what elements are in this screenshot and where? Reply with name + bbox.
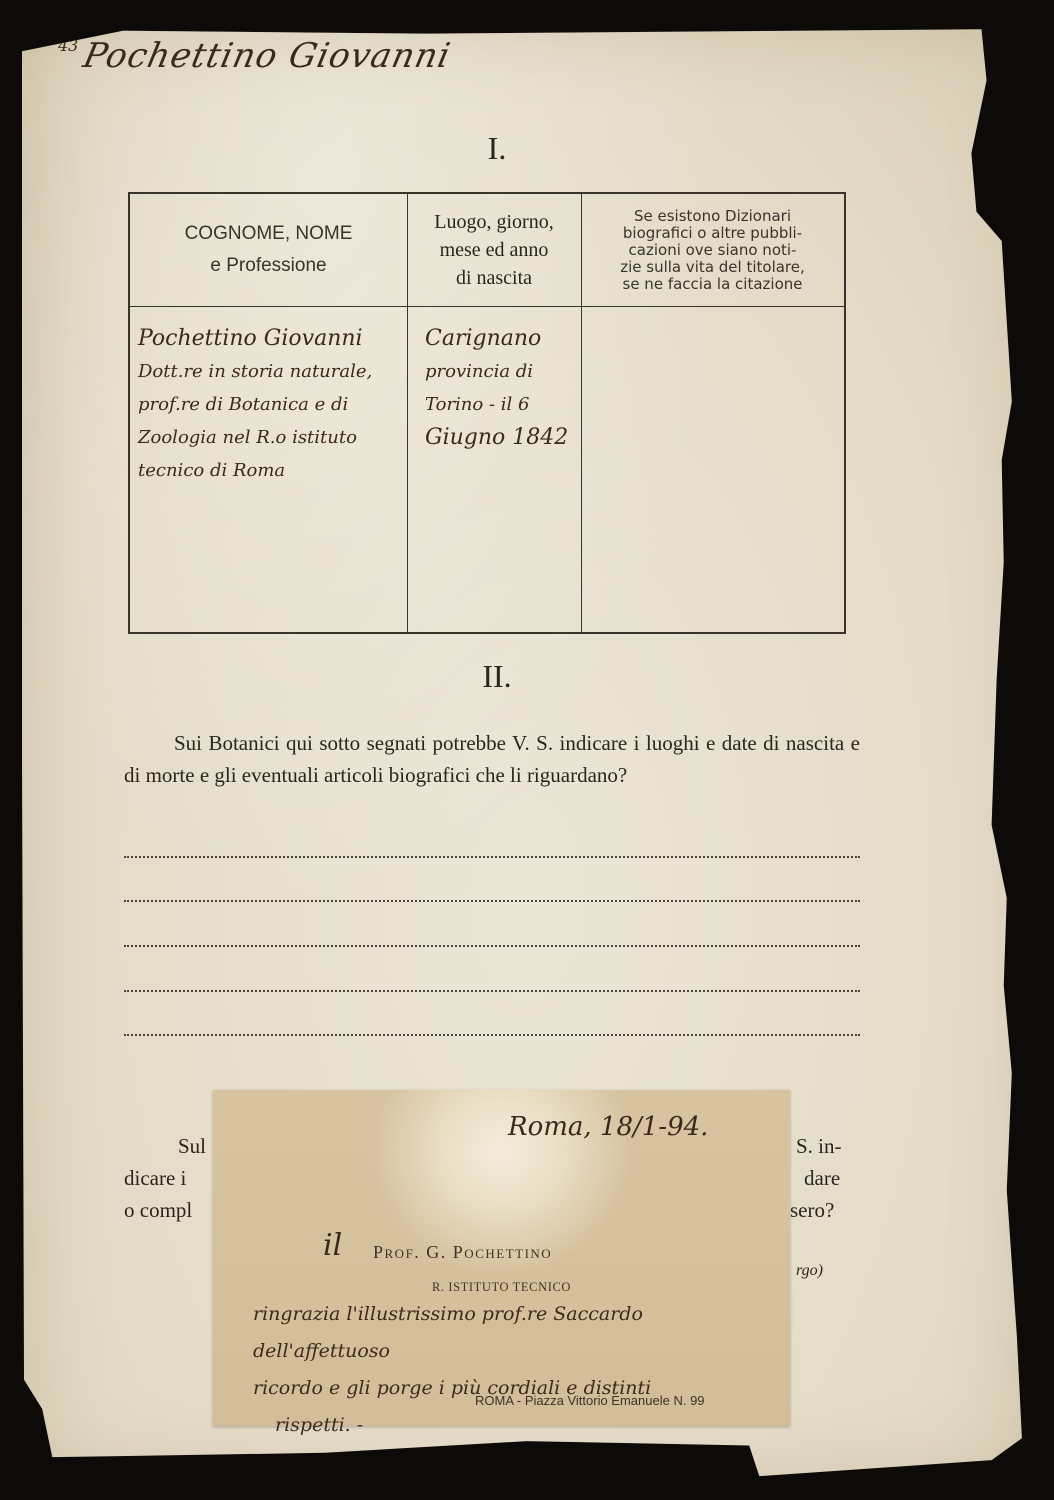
- handwritten-header-name: Pochettino Giovanni: [80, 36, 455, 76]
- column-name-profession: COGNOME, NOMEe Professione Pochettino Gi…: [130, 194, 408, 632]
- section-II-question: Sui Botanici qui sotto segnati potrebbe …: [124, 727, 860, 791]
- card-printed-name: Prof. G. Pochettino: [373, 1242, 552, 1263]
- section-I-title: I.: [0, 130, 1024, 167]
- card-prefix: il: [323, 1228, 342, 1263]
- blank-line: [124, 990, 860, 992]
- blank-line: [124, 856, 860, 858]
- card-message: ringrazia l'illustrissimo prof.re Saccar…: [253, 1296, 773, 1444]
- header-birth: Luogo, giorno,mese ed annodi nascita: [407, 194, 581, 306]
- header-name-profession: COGNOME, NOMEe Professione: [130, 194, 407, 306]
- card-date: Roma, 18/1-94.: [508, 1112, 708, 1142]
- card-address: ROMA - Piazza Vittorio Emanuele N. 99: [475, 1393, 705, 1408]
- blank-line: [124, 945, 860, 947]
- column-birth: Luogo, giorno,mese ed annodi nascita Car…: [407, 194, 582, 632]
- blank-line: [124, 900, 860, 902]
- cell-name-profession: Pochettino Giovanni Dott.re in storia na…: [138, 322, 401, 487]
- column-citations: Se esistono Dizionari biografici o altre…: [581, 194, 844, 632]
- card-institution: R. ISTITUTO TECNICO: [213, 1280, 790, 1295]
- biography-table: COGNOME, NOMEe Professione Pochettino Gi…: [128, 192, 846, 634]
- cell-birth: Carignano provincia di Torino - il 6 Giu…: [425, 322, 575, 454]
- header-citations: Se esistono Dizionari biografici o altre…: [581, 194, 844, 306]
- blank-line: [124, 1034, 860, 1036]
- calling-card: Roma, 18/1-94. il Prof. G. Pochettino R.…: [213, 1090, 790, 1426]
- section-II-title: II.: [0, 658, 1024, 695]
- sheet-number: 43: [58, 36, 78, 55]
